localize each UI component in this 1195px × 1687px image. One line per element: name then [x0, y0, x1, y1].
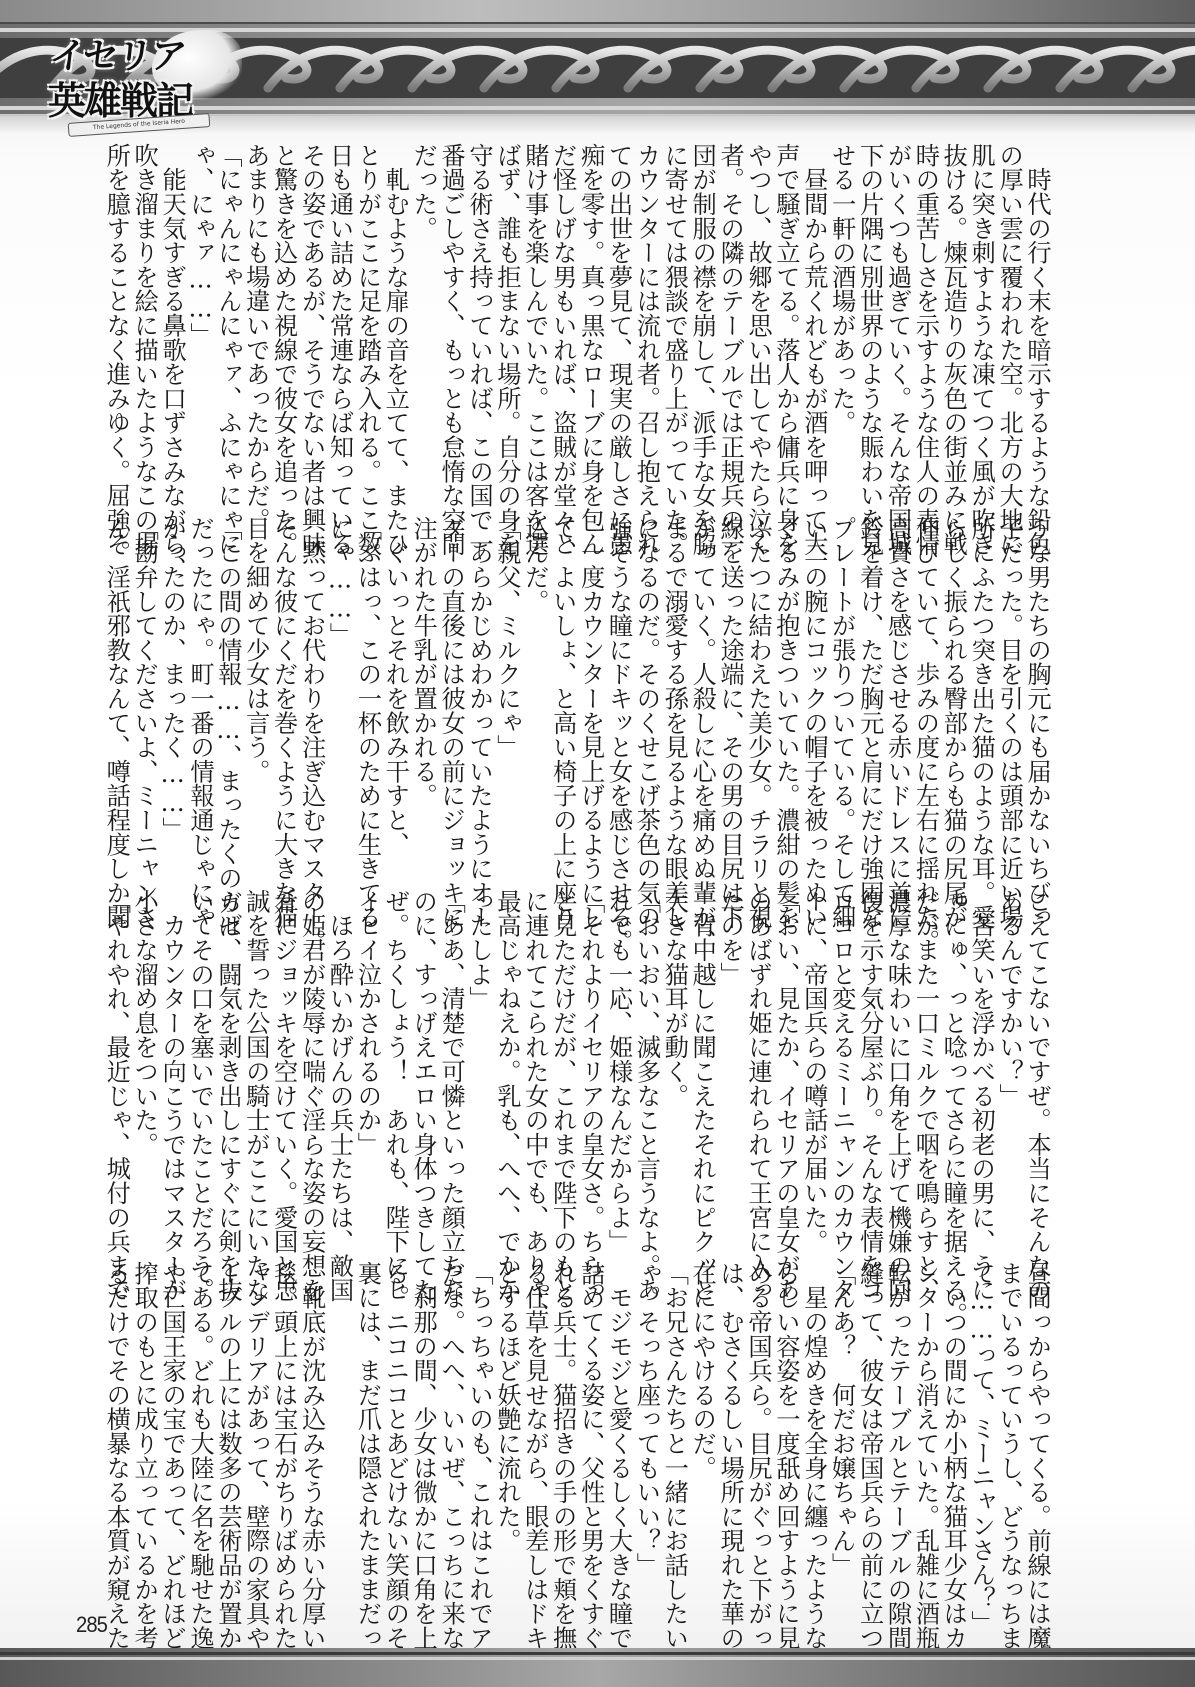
text-column: 裏には、まだ爪は隠されたままだった。	[353, 1261, 381, 1606]
text-column: ほろ酔いかげんの兵士たちは、敵国	[326, 889, 354, 1234]
text-column: い二の腕にコックの帽子を被ったぬい	[800, 516, 828, 861]
text-column: ゅにゅ、っと唸ってさらに瞳を据える。	[939, 889, 967, 1234]
text-column: れる兵士。猫招きの手の形で頬を撫で	[549, 1261, 577, 1606]
text-column: まるで溺愛する孫を見るような眼差し	[660, 516, 688, 861]
text-column: ーブルの上には数多の芸術品が置かれ	[214, 1261, 242, 1606]
text-column: 「お兄さんたちと一緒にお話したいに	[660, 1261, 688, 1606]
text-column: 「おいおい、滅多なこと言うなよ。あ	[632, 889, 660, 1234]
text-column: 抜ける。煉瓦造りの灰色の街並みに戦	[939, 143, 967, 488]
text-tier-2: うな男たちの胸元にも届かないちびっ子だった。目を引くのは頭部に近い場所にふたつ突…	[70, 516, 1055, 861]
text-column: の姫君が陵辱に喘ぐ淫らな姿の妄想を	[298, 889, 326, 1234]
page-number: 285	[76, 1612, 107, 1638]
text-column: てある。どれも大陸に名を馳せた逸品	[186, 1261, 214, 1606]
text-column: 星の煌めきを全身に纏ったような愛	[800, 1261, 828, 1606]
text-column: ばず、誰も拒まない場所。自分の身を	[493, 143, 521, 488]
text-column: になるのだ。そのくせこげ茶色の気の	[632, 516, 660, 861]
text-column: れでも一応、姫様なんだからよ」	[605, 889, 633, 1234]
text-column: 「おい、見たか、イセリアの皇女があ	[772, 889, 800, 1234]
text-column: 線を送った途端に、その男の目尻は下	[716, 516, 744, 861]
text-column: だがまた一口ミルクで咽を鳴らすと、	[911, 889, 939, 1234]
text-column: て、よいしょ、と高い椅子の上に座り	[549, 516, 577, 861]
text-column: る。ニコニコとあどけない笑顔のその	[381, 1261, 409, 1606]
text-column: だな。へへ、いいぜ、こっちに来な」	[437, 1261, 465, 1606]
header-gradient-bar	[0, 0, 1195, 22]
text-column: ゃ、にゃァ……」	[186, 143, 214, 488]
text-column: ーに、帝国兵らの噂話が届いた。	[800, 889, 828, 1234]
text-column: 団が制服の襟を崩して、派手な女を脇	[688, 143, 716, 488]
text-column: あらかじめわかっていたようにオー	[465, 516, 493, 861]
text-column: 目を細めて少女は言う。	[242, 516, 270, 861]
text-column: あまりにも場違いであったからだ。	[242, 143, 270, 488]
text-column: イヒイ泣かされるのか」	[353, 889, 381, 1234]
text-column: らしい容姿を一度舐め回すように見詰	[772, 1261, 800, 1606]
text-column: 日も通い詰めた常連ならば知っている	[326, 143, 354, 488]
text-column: 者。その隣のテーブルでは正規兵の一	[716, 143, 744, 488]
text-column: 下の片隅に別世界のような賑わいを見	[856, 143, 884, 488]
text-column	[326, 1261, 354, 1606]
text-column: に連れてこられた女の中でも、ありゃ、	[521, 889, 549, 1234]
text-column: 「親父、ミルクにゃ」	[493, 516, 521, 861]
text-column: らば、闘気を剥き出しにすぐに剣を抜	[214, 889, 242, 1234]
text-column: 注がれた牛乳が置かれる。	[409, 516, 437, 861]
text-column: あるんですかい？」	[995, 889, 1023, 1234]
text-column: らしく振られる臀部からも猫の尻尾が	[939, 516, 967, 861]
text-column: だった。	[409, 143, 437, 488]
text-column: たのを」	[716, 889, 744, 1234]
text-column: と見ただけだが、これまで陛下のもと	[549, 889, 577, 1234]
text-column: 守る術さえ持っていれば、この国で一	[465, 143, 493, 488]
text-column: のに、すっげえエロい身体つきしてた	[409, 889, 437, 1234]
text-column: 「やれやれ、最近じゃ、城付の兵まで	[102, 889, 130, 1234]
text-column: だ怪しげな男もいれば、盗賊が堂々と	[549, 143, 577, 488]
text-column: 搾取のもとに成り立っているかを考え	[130, 1261, 158, 1606]
text-column: がっていく。人殺しに心を痛めぬ輩が、	[688, 516, 716, 861]
text-column: 能天気すぎる鼻歌を口ずさみながら、	[158, 143, 186, 488]
text-column: 肌に突き刺すような凍てつく風が吹き	[967, 143, 995, 488]
text-column: 声で騒ぎ立てる。落人から傭兵に身を	[772, 143, 800, 488]
text-column: 最高じゃねえか。乳も、へへ、でかか	[493, 889, 521, 1234]
text-column: そんな彼にくだを巻くように大きな猫	[270, 516, 298, 861]
text-column: 黙ってお代わりを注ぎ込むマスター。	[298, 516, 326, 861]
text-column: る仕草を見せながら、眼差しはドキリ	[521, 1261, 549, 1606]
text-column: 所にふたつ突き出た猫のような耳。愛	[967, 516, 995, 861]
text-column: に寄せては猥談で盛り上がっていた。	[660, 143, 688, 488]
text-column: こえてこないですぜ。本当にそんなの	[1023, 889, 1051, 1234]
text-column: かったのか、まったく……」	[158, 516, 186, 861]
text-tier-3: こえてこないですぜ。本当にそんなのあるんですかい？」 苦笑いを浮かべる初老の男に…	[70, 889, 1055, 1234]
text-column: や亡国王家の宝であって、どれほどの	[158, 1261, 186, 1606]
text-tier-4: 昼間っからやってくる。前線には魔物までいるっていうし、どうなっちまって……って、…	[70, 1261, 1055, 1606]
text-column: とするほど妖艶に流れた。	[493, 1261, 521, 1606]
text-column: 転がったテーブルとテーブルの隙間を	[884, 1261, 912, 1606]
text-column: 刹那の間、少女は微かに口角を上げ	[409, 1261, 437, 1606]
text-column: いつの間にか小柄な猫耳少女はカウ	[939, 1261, 967, 1606]
text-column: 痴を零す。真っ黒なローブに身を包ん	[577, 143, 605, 488]
text-column: ロコロと変えるミーニャンのカウンタ	[828, 889, 856, 1234]
text-column: ての出世を夢見て、現実の厳しさに愚	[605, 143, 633, 488]
text-column: 縫って、彼女は帝国兵らの前に立つ。	[856, 1261, 884, 1606]
text-column: 賭け事を楽しんでいた。ここは客を選	[521, 143, 549, 488]
text-column: ふたつに結わえた美少女。チラリと視	[744, 516, 772, 861]
text-column: ったしよ」	[465, 889, 493, 1234]
text-column: 肴にジョッキを空けていく。愛国と忠	[270, 889, 298, 1234]
text-column: 時代の行く末を暗示するような鉛色	[1023, 143, 1051, 488]
text-column: モジモジと愛くるしく大きな瞳で見	[605, 1261, 633, 1606]
text-column: 背中越しに聞こえたそれにピクッと	[688, 889, 716, 1234]
text-column: 「んあ？ 何だお嬢ちゃん」	[828, 1261, 856, 1606]
text-column: ぐるみが抱きついていた。濃紺の髪を	[772, 516, 800, 861]
text-column: せる一軒の酒場があった。	[828, 143, 856, 488]
footer-band	[0, 1648, 1195, 1687]
text-column: 「ぷはっ、この一杯のために生きてる	[353, 516, 381, 861]
text-column: だったにゃ。町一番の情報通じゃにゃ	[186, 516, 214, 861]
text-column: 「ああ、清楚で可憐といった顔立ちな	[437, 889, 465, 1234]
text-column: 時の重苦しさを示すような住人の表情	[911, 143, 939, 488]
text-column: 誠を誓った公国の騎士がここにいたな	[242, 889, 270, 1234]
text-column: 伸びていて、歩みの度に左右に揺れた。	[911, 516, 939, 861]
text-column: までいるっていうし、どうなっちまっ	[995, 1261, 1023, 1606]
text-column: ャンデリアがあって、壁際の家具やテ	[242, 1261, 270, 1606]
text-column: ぐいっとそれを飲み干すと、	[381, 516, 409, 861]
text-column: とりがここに足を踏み入れる。ここ数	[353, 143, 381, 488]
series-logo: イセリア 英雄戦記 The Legends of the Iseria Hero	[40, 20, 230, 130]
text-column: 高貴さを感じさせる赤いドレスに首に	[884, 516, 912, 861]
text-column: いてその口を塞いでいたことだろう。	[186, 889, 214, 1234]
text-column: 番過ごしやすく、もっとも怠惰な空間	[437, 143, 465, 488]
text-column: 復を示す気分屋ぶり。そんな表情をコ	[856, 889, 884, 1234]
text-column: 「にゃんにゃんにゃァ、ふにゃにゃに	[214, 143, 242, 488]
text-column: 苦笑いを浮かべる初老の男に、うに	[967, 889, 995, 1234]
text-column: 小さな溜め息をついた。	[130, 889, 158, 1234]
text-column: 「この間の情報……、まったくのガセ	[214, 516, 242, 861]
text-column: ダーの直後には彼女の前にジョッキに	[437, 516, 465, 861]
text-column: て……って、ミーニャンさん？」	[967, 1261, 995, 1606]
text-column: 「ちっちゃいのも、これはこれでアリ	[465, 1261, 493, 1606]
text-column: カウンターの向こうではマスターが	[158, 889, 186, 1234]
text-column: 昼間から荒くれどもが酒を呷って大	[800, 143, 828, 488]
text-column: と驚きを込めた視線で彼女を追った。	[270, 143, 298, 488]
text-column: 軋むような扉の音を立てて、またひ	[381, 143, 409, 488]
text-column: ぜ。ちくしょう！ あれも、陛下にヒ	[381, 889, 409, 1234]
text-column: プレートが張りついている。そして細	[828, 516, 856, 861]
text-column: ンターから消えていた。乱雑に酒瓶の	[911, 1261, 939, 1606]
text-column: 強そうな瞳にドキッと女を感じさせる。	[605, 516, 633, 861]
text-column: 「それよりイセリアの皇女さ。ちらっ	[577, 889, 605, 1234]
text-column: やつし、故郷を思い出してやたら泣く	[744, 143, 772, 488]
text-column: 「勘弁してくださいよ、ミーニャンさ	[130, 516, 158, 861]
text-column: 濃厚な味わいに口角を上げて機嫌の回	[884, 889, 912, 1234]
text-column: 子だった。目を引くのは頭部に近い場	[995, 516, 1023, 861]
text-column: 大きな猫耳が動く。	[660, 889, 688, 1234]
text-tier-1: 時代の行く末を暗示するような鉛色の厚い雲に覆われた空。北方の大地に肌に突き刺すよ…	[70, 143, 1055, 488]
text-column: 所を臆することなく進みゆく。屈強そ	[102, 143, 130, 488]
text-column: 昼間っからやってくる。前線には魔物	[1023, 1261, 1051, 1606]
text-column: 靴底が沈み込みそうな赤い分厚い絨	[298, 1261, 326, 1606]
text-column: の厚い雲に覆われた空。北方の大地に	[995, 143, 1023, 488]
text-column: その姿であるが、そうでない者は興味	[298, 143, 326, 488]
text-column: 一度カウンターを見上げるようにし	[577, 516, 605, 861]
text-column: がいくつも過ぎていく。そんな帝国城	[884, 143, 912, 488]
text-column: うな男たちの胸元にも届かないちびっ	[1023, 516, 1051, 861]
text-column: カウンターには流れ者。召し抱えられ	[632, 143, 660, 488]
text-column: 詰めてくる姿に、父性と男をくすぐら	[577, 1261, 605, 1606]
text-column: は、むさくるしい場所に現れた華の存	[716, 1261, 744, 1606]
text-column: 在ににやけるのだ。	[688, 1261, 716, 1606]
text-column: める帝国兵ら。目尻がぐっと下がって	[744, 1261, 772, 1606]
text-column: 鈴を着け、ただ胸元と肩にだけ強固な	[856, 516, 884, 861]
footer-rail-dark	[0, 1652, 1195, 1655]
text-column: 毯。頭上には宝石がちりばめられたシ	[270, 1261, 298, 1606]
footer-rail-light	[0, 1657, 1195, 1660]
text-column: るだけでその横暴なる本質が窺えた。	[102, 1261, 130, 1606]
text-column: 込んだ。	[521, 516, 549, 861]
text-column: にゃ……」	[326, 516, 354, 861]
text-column: のあばずれ姫に連れられて王宮に入っ	[744, 889, 772, 1234]
text-column: ゃ。そっち座ってもいい？」	[632, 1261, 660, 1606]
text-column: ん。淫祇邪教なんて、噂話程度しか聞	[102, 516, 130, 861]
text-column: 吹き溜まりを絵に描いたようなこの場	[130, 143, 158, 488]
